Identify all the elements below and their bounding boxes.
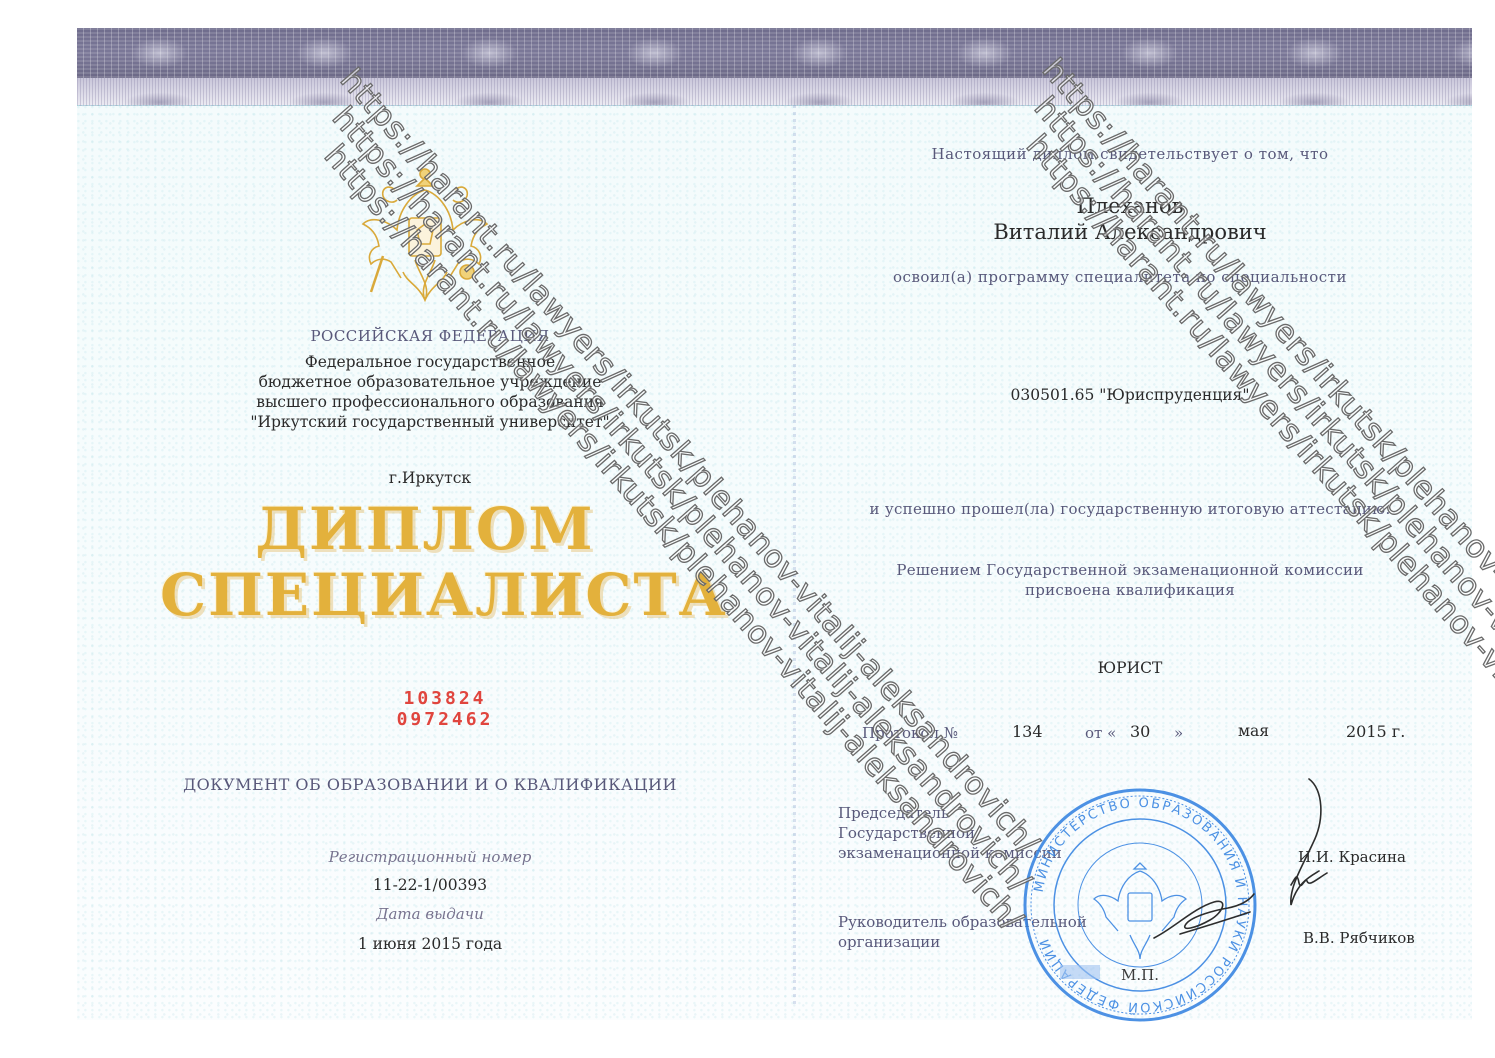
head-name: В.В. Рябчиков [1303, 929, 1415, 947]
commission-decision-line2: присвоена квалификация [970, 581, 1290, 599]
protocol-from: от « [1085, 724, 1116, 742]
institution-line: "Иркутский государственный университет" [230, 412, 630, 432]
serial-number: 103824 0972462 [350, 688, 540, 730]
chairman-name: И.И. Красина [1298, 848, 1406, 866]
diploma-title-line2: СПЕЦИАЛИСТА [160, 563, 700, 627]
certifies-intro: Настоящий диплом свидетельствует о том, … [900, 145, 1360, 163]
institution-line: Федеральное государственное [230, 352, 630, 372]
protocol-month: мая [1238, 722, 1269, 740]
official-seal-icon: МИНИСТЕРСТВО ОБРАЗОВАНИЯ И НАУКИ РОССИЙС… [1020, 785, 1260, 1025]
page-fold [793, 105, 796, 1005]
issue-date: 1 июня 2015 года [310, 935, 550, 953]
attestation-text: и успешно прошел(ла) государственную ито… [855, 500, 1405, 518]
registration-number: 11-22-1/00393 [330, 876, 530, 894]
institution-line: высшего профессионального образования [230, 392, 630, 412]
holder-surname: Плеханов [960, 194, 1300, 218]
protocol-year: 2015 г. [1346, 722, 1405, 741]
institution-name: Федеральное государственное бюджетное об… [230, 352, 630, 432]
seal-place-label: М.П. [1121, 966, 1159, 984]
issue-date-label: Дата выдачи [330, 905, 530, 923]
commission-decision-line1: Решением Государственной экзаменационной… [870, 561, 1390, 579]
protocol-close-quote: » [1174, 724, 1183, 742]
registration-label: Регистрационный номер [300, 848, 560, 866]
protocol-label: Протокол № [862, 724, 958, 742]
guilloche-band-top [77, 28, 1472, 78]
diploma-title-line1: ДИПЛОМ [255, 497, 595, 561]
protocol-day: 30 [1130, 722, 1150, 741]
city: г.Иркутск [350, 469, 510, 487]
holder-given-names: Виталий Александрович [930, 220, 1330, 244]
qualification: ЮРИСТ [1060, 659, 1200, 677]
protocol-number: 134 [1012, 722, 1043, 741]
guilloche-band-lower [77, 78, 1472, 106]
document-kind: ДОКУМЕНТ ОБ ОБРАЗОВАНИИ И О КВАЛИФИКАЦИИ [160, 775, 700, 794]
program-text: освоил(а) программу специалитета по спец… [860, 268, 1380, 286]
institution-line: бюджетное образовательное учреждение [230, 372, 630, 392]
country-name: РОССИЙСКАЯ ФЕДЕРАЦИЯ [250, 327, 610, 345]
russian-coat-of-arms-icon [355, 160, 495, 310]
specialty: 030501.65 "Юриспруденция" [960, 386, 1300, 404]
